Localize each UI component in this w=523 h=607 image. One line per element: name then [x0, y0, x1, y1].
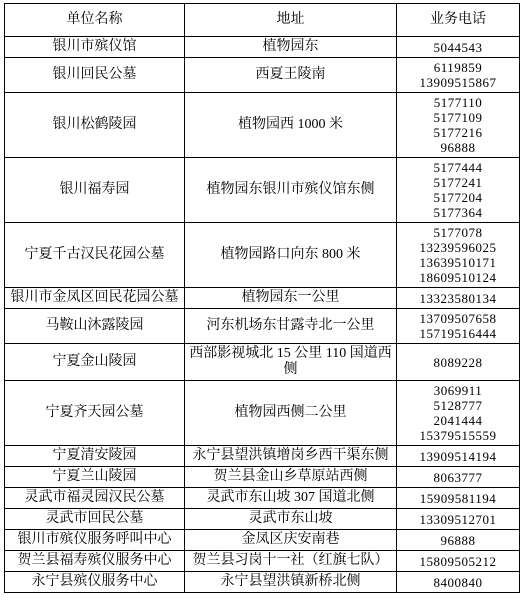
phone-number: 13909515867: [398, 75, 518, 90]
address-cell: 河东机场东甘露寺北一公里: [185, 309, 397, 344]
phone-cell: 30699115128777204144415379515559: [397, 381, 520, 446]
phone-number: 13309512701: [398, 512, 518, 527]
phone-number: 6119859: [398, 60, 518, 75]
address-cell: 灵武市东山坡: [185, 509, 397, 530]
phone-cell: 8063777: [397, 467, 520, 488]
col-header-phone: 业务电话: [397, 4, 520, 37]
table-row: 银川市殡仪馆植物园东5044543: [5, 37, 520, 58]
unit-name-cell: 银川市殡仪馆: [5, 37, 185, 58]
phone-number: 5177110: [398, 95, 518, 110]
table-body: 银川市殡仪馆植物园东5044543银川回民公墓西夏王陵南611985913909…: [5, 37, 520, 593]
phone-number: 5177216: [398, 125, 518, 140]
phone-cell: 8089228: [397, 344, 520, 381]
phone-number: 8400840: [398, 575, 518, 590]
unit-name-cell: 银川市金凤区回民花园公墓: [5, 288, 185, 309]
unit-name-cell: 宁夏齐天园公墓: [5, 381, 185, 446]
phone-number: 5177444: [398, 160, 518, 175]
phone-number: 3069911: [398, 383, 518, 398]
address-cell: 植物园西 1000 米: [185, 93, 397, 158]
phone-cell: 8400840: [397, 572, 520, 593]
table-row: 灵武市回民公墓灵武市东山坡13309512701: [5, 509, 520, 530]
unit-name-cell: 银川市殡仪服务呼叫中心: [5, 530, 185, 551]
table-row: 宁夏兰山陵园贺兰县金山乡草原站西侧8063777: [5, 467, 520, 488]
col-header-address: 地址: [185, 4, 397, 37]
phone-number: 5177078: [398, 225, 518, 240]
phone-number: 8089228: [398, 355, 518, 370]
address-cell: 永宁县望洪镇增岗乡西干渠东侧: [185, 446, 397, 467]
phone-cell: 13909514194: [397, 446, 520, 467]
phone-number: 5177204: [398, 190, 518, 205]
table-row: 银川福寿园植物园东银川市殡仪馆东侧51774445177241517720451…: [5, 158, 520, 223]
address-cell: 西夏王陵南: [185, 58, 397, 93]
unit-name-cell: 永宁县殡仪服务中心: [5, 572, 185, 593]
table-row: 银川市金凤区回民花园公墓植物园东一公里13323580134: [5, 288, 520, 309]
table-row: 宁夏千古汉民花园公墓植物园路口向东 800 米51770781323959602…: [5, 223, 520, 288]
phone-number: 2041444: [398, 413, 518, 428]
phone-number: 96888: [398, 533, 518, 548]
unit-name-cell: 灵武市福灵园汉民公墓: [5, 488, 185, 509]
table-row: 宁夏清安陵园永宁县望洪镇增岗乡西干渠东侧13909514194: [5, 446, 520, 467]
table-row: 永宁县殡仪服务中心永宁县望洪镇新桥北侧8400840: [5, 572, 520, 593]
phone-cell: 51771105177109517721696888: [397, 93, 520, 158]
unit-name-cell: 宁夏金山陵园: [5, 344, 185, 381]
unit-name-cell: 宁夏千古汉民花园公墓: [5, 223, 185, 288]
table-row: 宁夏齐天园公墓植物园西侧二公里3069911512877720414441537…: [5, 381, 520, 446]
phone-number: 15719516444: [398, 326, 518, 341]
table-header: 单位名称 地址 业务电话: [5, 4, 520, 37]
phone-number: 5044543: [398, 40, 518, 55]
phone-number: 5128777: [398, 398, 518, 413]
phone-cell: 13309512701: [397, 509, 520, 530]
phone-cell: 1370950765815719516444: [397, 309, 520, 344]
table-row: 银川松鹤陵园植物园西 1000 米51771105177109517721696…: [5, 93, 520, 158]
address-cell: 金凤区庆安南巷: [185, 530, 397, 551]
phone-number: 96888: [398, 140, 518, 155]
table-row: 银川回民公墓西夏王陵南611985913909515867: [5, 58, 520, 93]
phone-cell: 15809505212: [397, 551, 520, 572]
address-cell: 植物园西侧二公里: [185, 381, 397, 446]
address-cell: 植物园东: [185, 37, 397, 58]
phone-number: 13909514194: [398, 449, 518, 464]
table-row: 灵武市福灵园汉民公墓灵武市东山坡 307 国道北侧15909581194: [5, 488, 520, 509]
table-row: 银川市殡仪服务呼叫中心金凤区庆安南巷96888: [5, 530, 520, 551]
address-cell: 贺兰县金山乡草原站西侧: [185, 467, 397, 488]
address-cell: 永宁县望洪镇新桥北侧: [185, 572, 397, 593]
phone-cell: 5044543: [397, 37, 520, 58]
phone-cell: 611985913909515867: [397, 58, 520, 93]
address-cell: 西部影视城北 15 公里 110 国道西侧: [185, 344, 397, 381]
col-header-unit-name: 单位名称: [5, 4, 185, 37]
phone-number: 15379515559: [398, 428, 518, 443]
header-row: 单位名称 地址 业务电话: [5, 4, 520, 37]
table-row: 宁夏金山陵园西部影视城北 15 公里 110 国道西侧8089228: [5, 344, 520, 381]
phone-cell: 15909581194: [397, 488, 520, 509]
phone-cell: 13323580134: [397, 288, 520, 309]
address-cell: 灵武市东山坡 307 国道北侧: [185, 488, 397, 509]
unit-name-cell: 灵武市回民公墓: [5, 509, 185, 530]
phone-cell: 96888: [397, 530, 520, 551]
address-cell: 植物园东一公里: [185, 288, 397, 309]
phone-cell: 5177078132395960251363951017118609510124: [397, 223, 520, 288]
address-cell: 植物园东银川市殡仪馆东侧: [185, 158, 397, 223]
phone-number: 13709507658: [398, 311, 518, 326]
unit-name-cell: 银川回民公墓: [5, 58, 185, 93]
phone-number: 13639510171: [398, 255, 518, 270]
unit-name-cell: 宁夏兰山陵园: [5, 467, 185, 488]
address-cell: 植物园路口向东 800 米: [185, 223, 397, 288]
unit-name-cell: 贺兰县福寿殡仪服务中心: [5, 551, 185, 572]
phone-cell: 5177444517724151772045177364: [397, 158, 520, 223]
phone-number: 5177364: [398, 205, 518, 220]
table-row: 马鞍山沐露陵园河东机场东甘露寺北一公里137095076581571951644…: [5, 309, 520, 344]
unit-name-cell: 银川福寿园: [5, 158, 185, 223]
unit-name-cell: 马鞍山沐露陵园: [5, 309, 185, 344]
phone-number: 15809505212: [398, 554, 518, 569]
unit-name-cell: 银川松鹤陵园: [5, 93, 185, 158]
phone-number: 5177241: [398, 175, 518, 190]
table-row: 贺兰县福寿殡仪服务中心贺兰县习岗十一社（红旗七队）15809505212: [5, 551, 520, 572]
unit-name-cell: 宁夏清安陵园: [5, 446, 185, 467]
phone-number: 5177109: [398, 110, 518, 125]
phone-number: 8063777: [398, 470, 518, 485]
phone-number: 18609510124: [398, 270, 518, 285]
phone-number: 13323580134: [398, 291, 518, 306]
phone-number: 13239596025: [398, 240, 518, 255]
phone-number: 15909581194: [398, 491, 518, 506]
funeral-services-table: 单位名称 地址 业务电话 银川市殡仪馆植物园东5044543银川回民公墓西夏王陵…: [4, 3, 520, 593]
address-cell: 贺兰县习岗十一社（红旗七队）: [185, 551, 397, 572]
